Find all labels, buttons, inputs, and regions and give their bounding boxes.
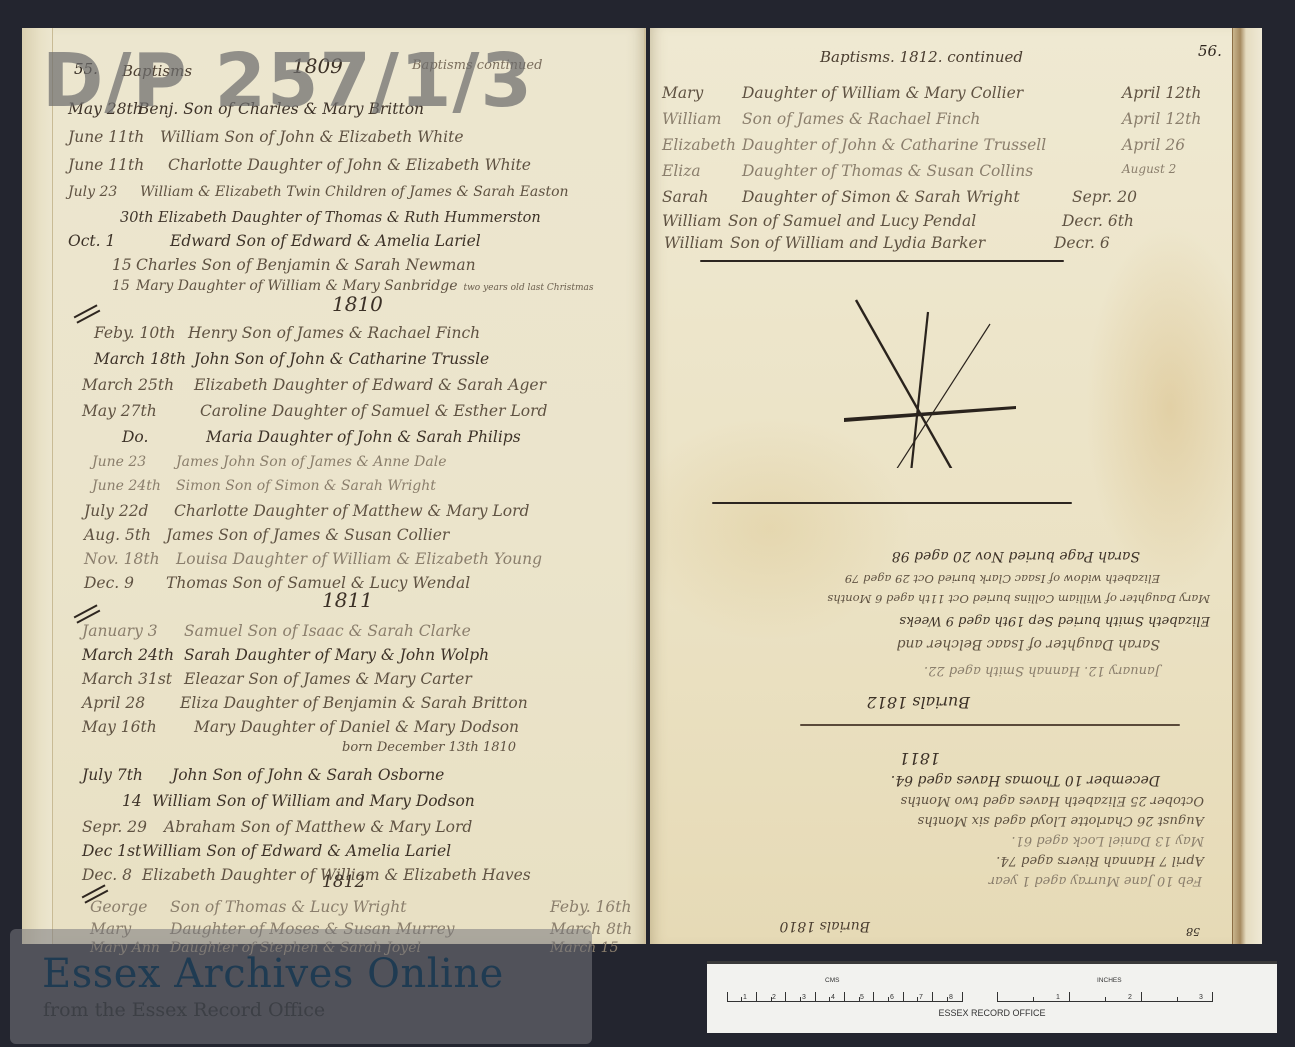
register-entry: GeorgeSon of Thomas & Lucy WrightFeby. 1… [90, 898, 650, 916]
register-entry: 30thElizabeth Daughter of Thomas & Ruth … [120, 210, 541, 226]
register-entry: Dec 1stWilliam Son of Edward & Amelia La… [82, 842, 451, 860]
burial-entry: Elizabeth widow of Isaac Clark buried Oc… [845, 572, 1160, 586]
register-entry: March 18thJohn Son of John & Catharine T… [94, 350, 489, 368]
register-entry: June 24thSimon Son of Simon & Sarah Wrig… [92, 478, 436, 494]
double-stroke-mark [74, 304, 101, 323]
register-entry: May 16thMary Daughter of Daniel & Mary D… [82, 718, 519, 736]
cms-scale: CMS 1 2 3 4 5 6 7 8 [727, 988, 963, 1002]
inches-scale: INCHES 1 2 3 [997, 988, 1213, 1002]
register-entry: June 23James John Son of James & Anne Da… [92, 454, 447, 470]
inverted-page-number: 58 [1186, 925, 1200, 938]
register-entry: Oct. 1Edward Son of Edward & Amelia Lari… [68, 232, 481, 250]
register-entry: Feby. 10thHenry Son of James & Rachael F… [94, 324, 480, 342]
register-entry: WilliamSon of William and Lydia BarkerDe… [664, 234, 1224, 252]
register-entry: March 31stEleazar Son of James & Mary Ca… [82, 670, 472, 688]
register-book: 55. Baptisms 1809 Baptisms continued May… [10, 24, 1250, 949]
register-entry: June 11thCharlotte Daughter of John & El… [68, 156, 531, 174]
burial-entry: April 7 Hannah Rivers aged 74. [996, 853, 1204, 868]
burial-entry: Feb 10 Jane Murray aged 1 year [989, 873, 1202, 888]
register-entry: WilliamSon of Samuel and Lucy PendalDecr… [662, 212, 1222, 230]
burial-entry: Mary Daughter of William Collins buried … [827, 592, 1210, 606]
archive-reference-watermark: D/P 257/1/3 [42, 44, 533, 118]
right-page: Baptisms. 1812. continued 56. MaryDaught… [650, 28, 1240, 944]
inverted-burials-register: Burials 1810 58 Feb 10 Jane Murray aged … [650, 508, 1220, 948]
register-entry: ElizabethDaughter of John & Catharine Tr… [662, 136, 1222, 154]
register-entry: January 3Samuel Son of Isaac & Sarah Cla… [82, 622, 471, 640]
register-entry: 14William Son of William and Mary Dodson [122, 792, 475, 810]
page-heading: Baptisms. 1812. continued [820, 48, 1023, 66]
register-entry: Sepr. 29Abraham Son of Matthew & Mary Lo… [82, 818, 472, 836]
burial-entry: October 25 Elizabeth Haves aged two Mont… [901, 793, 1204, 808]
register-entry: Aug. 5thJames Son of James & Susan Colli… [84, 526, 449, 544]
left-page: 55. Baptisms 1809 Baptisms continued May… [22, 28, 646, 944]
section-rule [800, 725, 1180, 727]
folio-number: 56. [1198, 42, 1222, 60]
register-entry: ElizaDaughter of Thomas & Susan CollinsA… [662, 162, 1222, 180]
register-entry: WilliamSon of James & Rachael FinchApril… [662, 110, 1222, 128]
burial-entry: Sarah Daughter of Isaac Belcher and [897, 636, 1160, 652]
double-stroke-mark [74, 604, 101, 623]
register-entry: Do.Maria Daughter of John & Sarah Philip… [122, 428, 521, 446]
burial-year: 1811 [899, 749, 940, 768]
section-year: 1812 [322, 872, 365, 892]
register-entry: March 25thElizabeth Daughter of Edward &… [82, 376, 546, 394]
entry-note: born December 13th 1810 [342, 740, 516, 755]
burial-entry: August 26 Charlotte Lloyd aged six Month… [918, 813, 1204, 828]
closing-rule-bottom [712, 502, 1072, 504]
register-entry: Dec. 8Elizabeth Daughter of William & El… [82, 866, 531, 884]
page-edges [1232, 28, 1262, 944]
register-entry: MaryDaughter of William & Mary CollierAp… [662, 84, 1222, 102]
register-entry: March 24thSarah Daughter of Mary & John … [82, 646, 489, 664]
register-entry: July 7thJohn Son of John & Sarah Osborne [82, 766, 444, 784]
brand-title: Essex Archives Online [42, 951, 504, 997]
register-entry: July 22dCharlotte Daughter of Matthew & … [84, 502, 529, 520]
burial-entry: Sarah Page buried Nov 20 aged 98 [892, 548, 1140, 564]
closing-rule-top [700, 260, 1064, 262]
register-entry: June 11thWilliam Son of John & Elizabeth… [68, 128, 464, 146]
section-year: 1810 [332, 292, 383, 316]
register-entry: Dec. 9Thomas Son of Samuel & Lucy Wendal [84, 574, 470, 592]
archive-branding: Essex Archives Online from the Essex Rec… [10, 929, 592, 1044]
closing-cross-mark [840, 288, 1030, 468]
scale-ruler: CMS 1 2 3 4 5 6 7 8 INCHES 1 2 3 ESSEX R… [707, 961, 1277, 1033]
register-entry: SarahDaughter of Simon & Sarah WrightSep… [662, 188, 1222, 206]
register-entry: July 23William & Elizabeth Twin Children… [68, 184, 569, 200]
register-entry: Nov. 18thLouisa Daughter of William & El… [84, 550, 542, 568]
ruler-label: ESSEX RECORD OFFICE [707, 1008, 1277, 1018]
register-entry: April 28Eliza Daughter of Benjamin & Sar… [82, 694, 528, 712]
burials-heading: Burials 1810 [779, 918, 870, 934]
register-entry: May 27thCaroline Daughter of Samuel & Es… [82, 402, 547, 420]
burial-entry: December 10 Thomas Haves aged 64. [891, 772, 1160, 788]
burial-entry: May 13 Daniel Lock aged 61. [1011, 833, 1204, 848]
brand-subtitle: from the Essex Record Office [43, 999, 325, 1021]
burial-entry: January 12. Hannah Smith aged 22. [924, 663, 1160, 678]
inches-label: INCHES [1097, 977, 1122, 984]
cms-label: CMS [825, 977, 839, 984]
document-viewer: 55. Baptisms 1809 Baptisms continued May… [0, 0, 1295, 1047]
section-year: 1811 [322, 588, 373, 612]
burial-entry: Elizabeth Smith buried Sep 19th aged 9 W… [899, 613, 1210, 628]
register-entry: 15Charles Son of Benjamin & Sarah Newman [112, 256, 476, 274]
burial-heading-1812: Burials 1812 [867, 693, 971, 712]
